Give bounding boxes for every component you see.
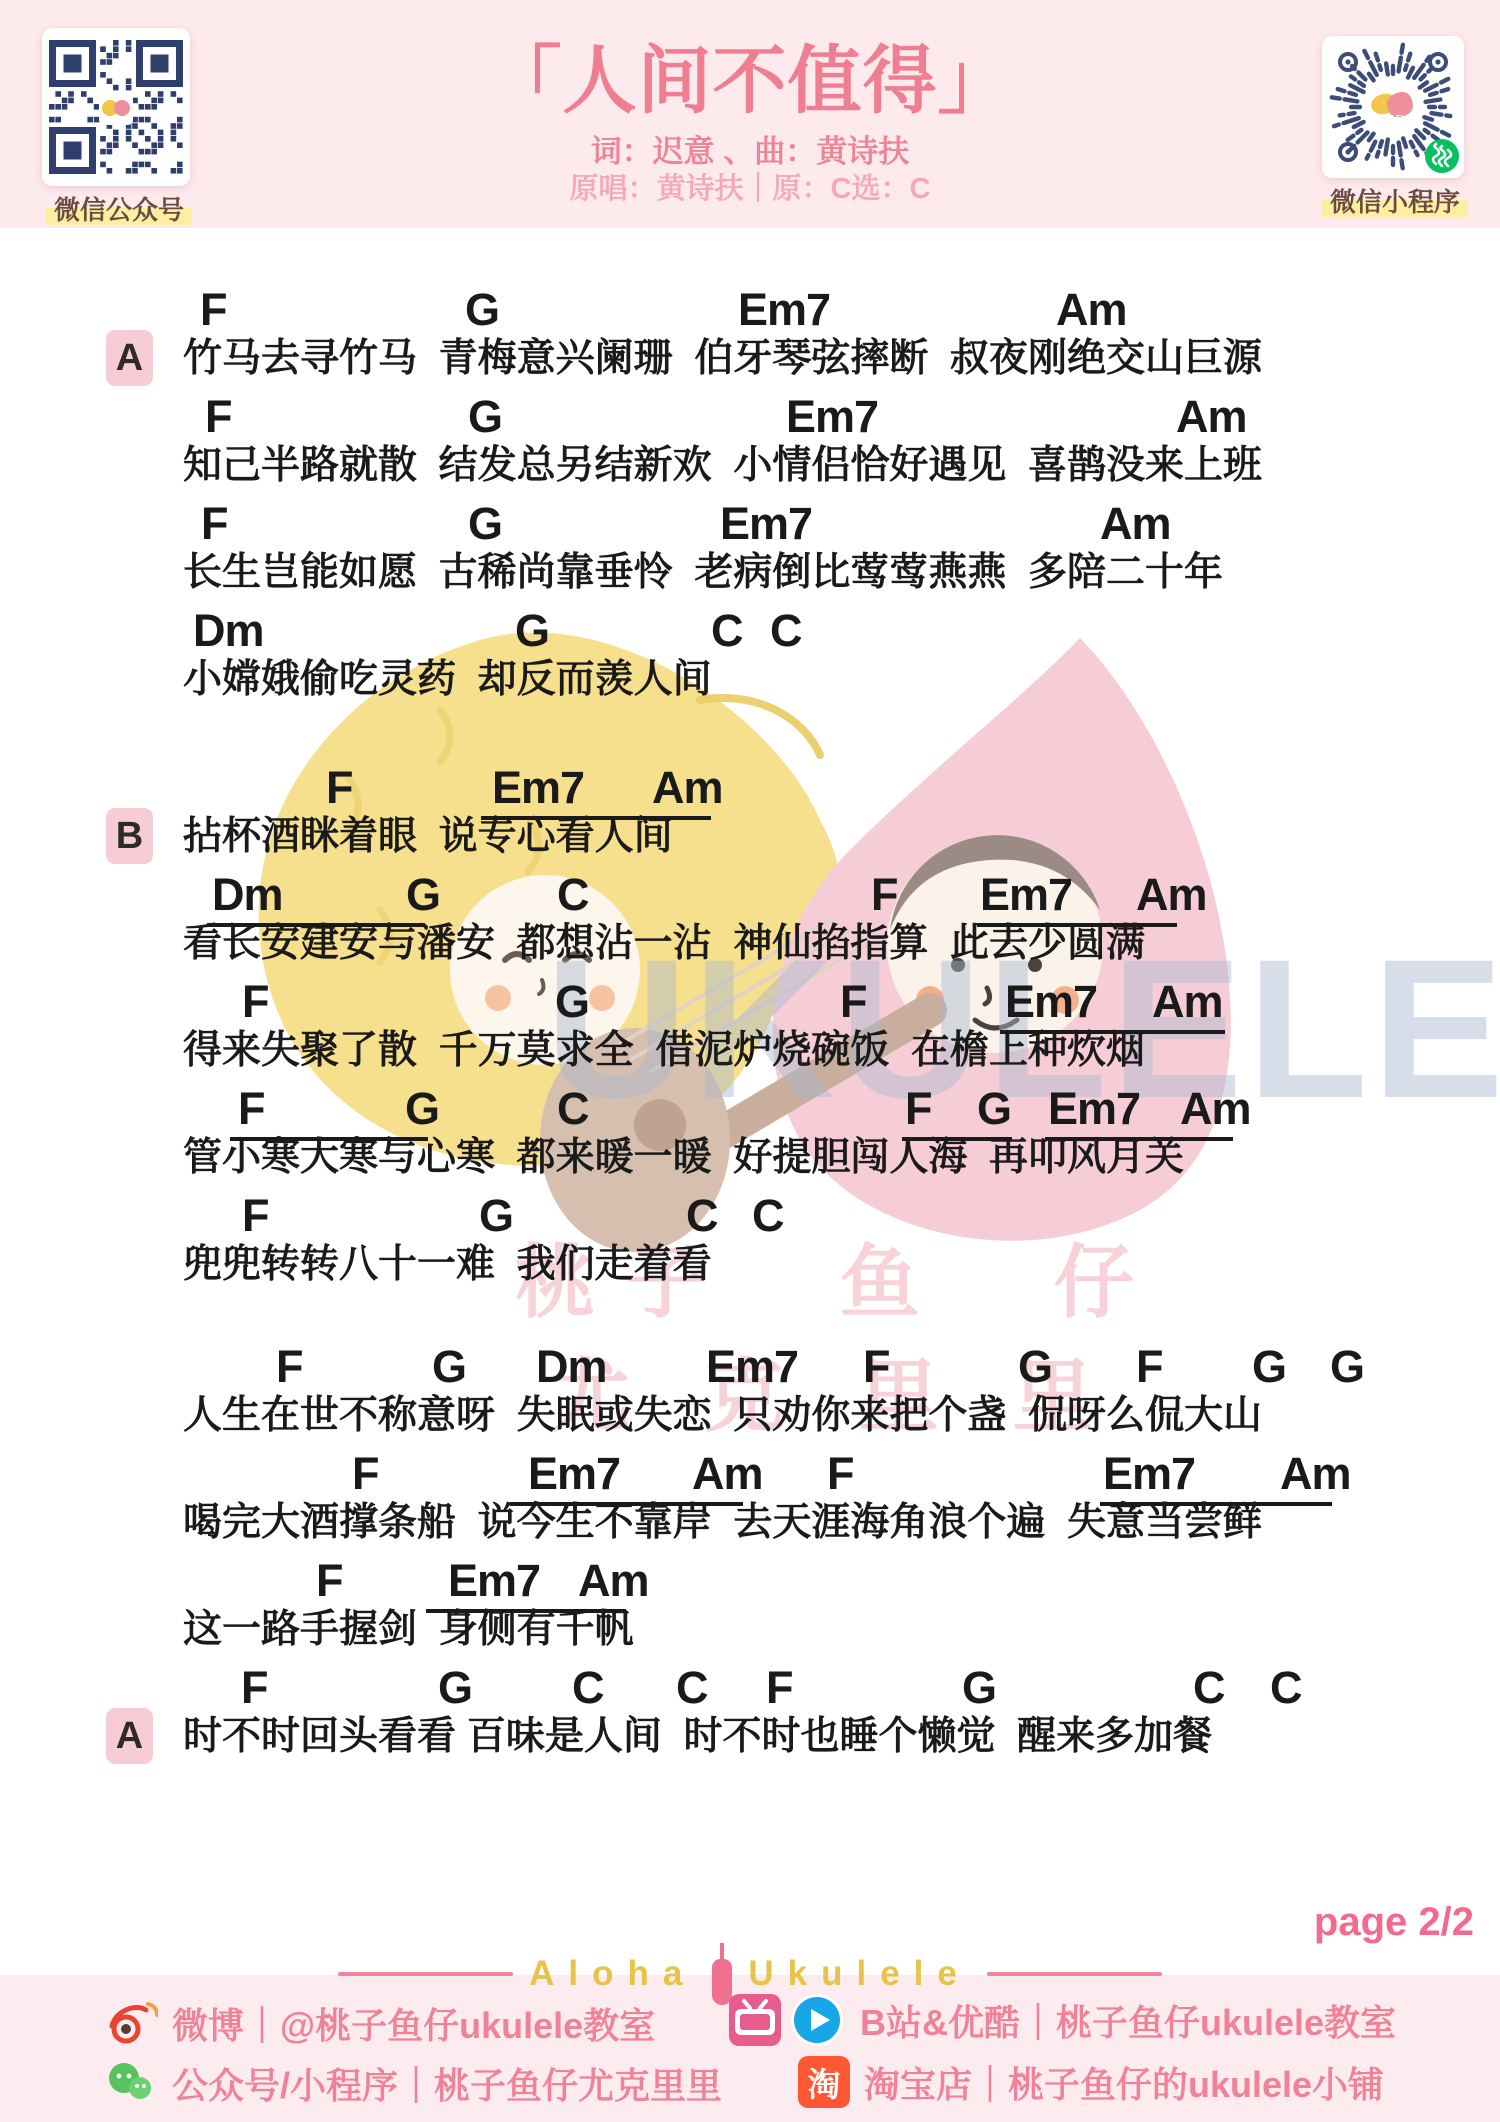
chord-label: Am [1176, 393, 1247, 441]
chord-label: Am [1100, 500, 1171, 548]
miniprogram-code-pattern: UKULELE [1322, 36, 1464, 178]
divider-word-aloha: Aloha [529, 1954, 696, 1994]
chord-label: C [711, 607, 743, 655]
chord-label: Em7 [720, 500, 812, 548]
lyric-line-text: 时不时回头看看 百味是人间 时不时也睡个懒觉 醒来多加餐 [183, 1711, 1212, 1763]
chord-label: Dm [536, 1343, 607, 1391]
chord-label: Em7 [786, 393, 878, 441]
chord-label: Am [1152, 978, 1223, 1026]
chord-label: F [840, 978, 867, 1026]
chord-label: F [905, 1085, 932, 1133]
footer-link: 微博｜@桃子鱼仔ukulele教室 [104, 1996, 655, 2050]
chord-label: F [276, 1343, 303, 1391]
page-number: page 2/2 [1314, 1900, 1474, 1945]
chord-label: C [686, 1192, 718, 1240]
qr-left-label: 微信公众号 [46, 190, 192, 227]
chord-label: G [1252, 1343, 1286, 1391]
chord-label: Am [692, 1450, 763, 1498]
lyric-line-text: 喝完大酒撑条船 说今生不靠岸 去天涯海角浪个遍 失意当尝鲜 [183, 1497, 1262, 1549]
chord-label: C [770, 607, 802, 655]
chord-label: G [1330, 1343, 1364, 1391]
lyric-line-text: 管小寒大寒与心寒 都来暖一暖 好提胆闯人海 再叩风月关 [183, 1132, 1184, 1184]
chord-label: Dm [193, 607, 264, 655]
chord-label: C [557, 1085, 589, 1133]
chord-label: F [205, 393, 232, 441]
lyric-line-text: 这一路手握剑 身侧有千帆 [183, 1604, 634, 1656]
svg-text:UKULELE: UKULELE [1375, 113, 1410, 122]
chord-label: F [863, 1343, 890, 1391]
chord-label: C [752, 1192, 784, 1240]
chord-label: C [557, 871, 589, 919]
chord-sheet-page: 「人间不值得」 词：迟意 、曲：黄诗扶 原唱：黄诗扶｜原：C选：C 微信公众号 … [0, 0, 1500, 2122]
divider-line-right [987, 1972, 1162, 1976]
chord-lyric-line: FGCC兜兜转转八十一难 我们走着看 [0, 1192, 1500, 1296]
footer-link-text: 淘宝店｜桃子鱼仔的ukulele小铺 [864, 2057, 1384, 2108]
chord-label: F [242, 1192, 269, 1240]
chord-label: Em7 [528, 1450, 620, 1498]
chord-label: F [201, 500, 228, 548]
chord-label: F [242, 978, 269, 1026]
chord-label: F [1136, 1343, 1163, 1391]
chord-label: G [405, 1085, 439, 1133]
chord-label: G [468, 500, 502, 548]
chord-lyric-line: FEm7Am这一路手握剑 身侧有千帆 [0, 1557, 1500, 1661]
song-title: 「人间不值得」 [0, 22, 1500, 128]
chord-label: Am [1136, 871, 1207, 919]
credits-writer-composer: 词：迟意 、曲：黄诗扶 [0, 126, 1500, 171]
chord-label: F [326, 764, 353, 812]
chord-label: F [871, 871, 898, 919]
chord-label: Am [652, 764, 723, 812]
chord-lyric-line: FEm7AmFEm7Am喝完大酒撑条船 说今生不靠岸 去天涯海角浪个遍 失意当尝… [0, 1450, 1500, 1554]
wechat-icon [104, 2056, 158, 2110]
chord-label: Am [1180, 1085, 1251, 1133]
chord-label: F [316, 1557, 343, 1605]
chord-label: G [962, 1664, 996, 1712]
footer-link: B站&优酷｜桃子鱼仔ukulele教室 [728, 1992, 1396, 2048]
lyric-line-text: 长生岂能如愿 古稀尚靠垂怜 老病倒比莺莺燕燕 多陪二十年 [183, 547, 1223, 599]
chord-label: C [676, 1664, 708, 1712]
lyric-line-text: 人生在世不称意呀 失眠或失恋 只劝你来把个盏 侃呀么侃大山 [183, 1390, 1262, 1442]
chord-label: F [827, 1450, 854, 1498]
lyric-line-text: 得来失聚了散 千万莫求全 借泥炉烧碗饭 在檐上种炊烟 [183, 1025, 1145, 1077]
divider-word-ukulele: Ukulele [748, 1954, 971, 1994]
chord-label: Em7 [706, 1343, 798, 1391]
chord-lyric-line: FGEm7Am长生岂能如愿 古稀尚靠垂怜 老病倒比莺莺燕燕 多陪二十年 [0, 500, 1500, 604]
qr-right-label: 微信小程序 [1322, 182, 1468, 219]
chord-lyric-sheet: FGEm7AmA竹马去寻竹马 青梅意兴阑珊 伯牙琴弦摔断 叔夜刚绝交山巨源FGE… [0, 0, 1500, 2122]
footer-link: 公众号/小程序｜桃子鱼仔尤克里里 [104, 2056, 722, 2110]
section-badge: A [106, 1708, 153, 1764]
chord-label: Em7 [738, 286, 830, 334]
chord-label: G [432, 1343, 466, 1391]
lyric-line-text: 拈杯酒眯着眼 说专心看人间 [183, 811, 673, 863]
wechat-official-account-qr-code [42, 28, 190, 186]
chord-label: Am [1280, 1450, 1351, 1498]
chord-label: F [352, 1450, 379, 1498]
bilibili-youku-icon [728, 1992, 846, 2048]
header: 「人间不值得」 词：迟意 、曲：黄诗扶 原唱：黄诗扶｜原：C选：C 微信公众号 … [0, 0, 1500, 228]
chord-lyric-line: FEm7AmB拈杯酒眯着眼 说专心看人间 [0, 764, 1500, 868]
chord-label: C [1193, 1664, 1225, 1712]
chord-label: F [241, 1664, 268, 1712]
lyric-line-text: 竹马去寻竹马 青梅意兴阑珊 伯牙琴弦摔断 叔夜刚绝交山巨源 [183, 333, 1262, 385]
chord-label: F [200, 286, 227, 334]
chord-lyric-line: FGEm7Am知己半路就散 结发总另结新欢 小情侣恰好遇见 喜鹊没来上班 [0, 393, 1500, 497]
chord-label: Em7 [492, 764, 584, 812]
weibo-icon [104, 1996, 158, 2050]
chord-label: G [977, 1085, 1011, 1133]
chord-label: G [1018, 1343, 1052, 1391]
lyric-line-text: 看长安建安与潘安 都想沾一沾 神仙掐指算 此去少圆满 [183, 918, 1145, 970]
chord-lyric-line: DmGCFEm7Am看长安建安与潘安 都想沾一沾 神仙掐指算 此去少圆满 [0, 871, 1500, 975]
chord-label: C [1270, 1664, 1302, 1712]
lyric-line-text: 小嫦娥偷吃灵药 却反而羡人间 [183, 654, 712, 706]
chord-lyric-line: FGCCFGCCA时不时回头看看 百味是人间 时不时也睡个懒觉 醒来多加餐 [0, 1664, 1500, 1768]
chord-lyric-line: FGCFGEm7Am管小寒大寒与心寒 都来暖一暖 好提胆闯人海 再叩风月关 [0, 1085, 1500, 1189]
chord-label: F [238, 1085, 265, 1133]
chord-label: G [555, 978, 589, 1026]
credits-original-key: 原唱：黄诗扶｜原：C选：C [0, 166, 1500, 207]
chord-label: G [465, 286, 499, 334]
section-badge: A [106, 330, 153, 386]
chord-label: Dm [212, 871, 283, 919]
wechat-miniprogram-code: UKULELE [1322, 36, 1464, 178]
footer-link-text: 公众号/小程序｜桃子鱼仔尤克里里 [172, 2058, 722, 2109]
lyric-line-text: 兜兜转转八十一难 我们走着看 [183, 1239, 712, 1291]
section-badge: B [106, 808, 153, 864]
lyric-line-text: 知己半路就散 结发总另结新欢 小情侣恰好遇见 喜鹊没来上班 [183, 440, 1262, 492]
footer-link-text: 微博｜@桃子鱼仔ukulele教室 [172, 1998, 655, 2049]
chord-label: Em7 [1103, 1450, 1195, 1498]
chord-label: Em7 [448, 1557, 540, 1605]
chord-label: F [766, 1664, 793, 1712]
chord-label: G [515, 607, 549, 655]
chord-label: G [468, 393, 502, 441]
chord-label: C [572, 1664, 604, 1712]
chord-label: Am [578, 1557, 649, 1605]
chord-label: G [438, 1664, 472, 1712]
chord-lyric-line: FGDmEm7FGFGG人生在世不称意呀 失眠或失恋 只劝你来把个盏 侃呀么侃大… [0, 1343, 1500, 1447]
footer-link: 淘淘宝店｜桃子鱼仔的ukulele小铺 [798, 2056, 1384, 2108]
chord-lyric-line: FGEm7AmA竹马去寻竹马 青梅意兴阑珊 伯牙琴弦摔断 叔夜刚绝交山巨源 [0, 286, 1500, 390]
chord-label: Am [1056, 286, 1127, 334]
chord-label: G [479, 1192, 513, 1240]
chord-label: Em7 [980, 871, 1072, 919]
chord-lyric-line: FGFEm7Am得来失聚了散 千万莫求全 借泥炉烧碗饭 在檐上种炊烟 [0, 978, 1500, 1082]
chord-lyric-line: DmGCC小嫦娥偷吃灵药 却反而羡人间 [0, 607, 1500, 711]
divider-line-left [338, 1972, 513, 1976]
taobao-icon: 淘 [798, 2056, 850, 2108]
qr-code-pattern [49, 35, 183, 179]
chord-label: G [406, 871, 440, 919]
chord-label: Em7 [1005, 978, 1097, 1026]
chord-label: Em7 [1048, 1085, 1140, 1133]
footer-link-text: B站&优酷｜桃子鱼仔ukulele教室 [860, 1995, 1396, 2046]
